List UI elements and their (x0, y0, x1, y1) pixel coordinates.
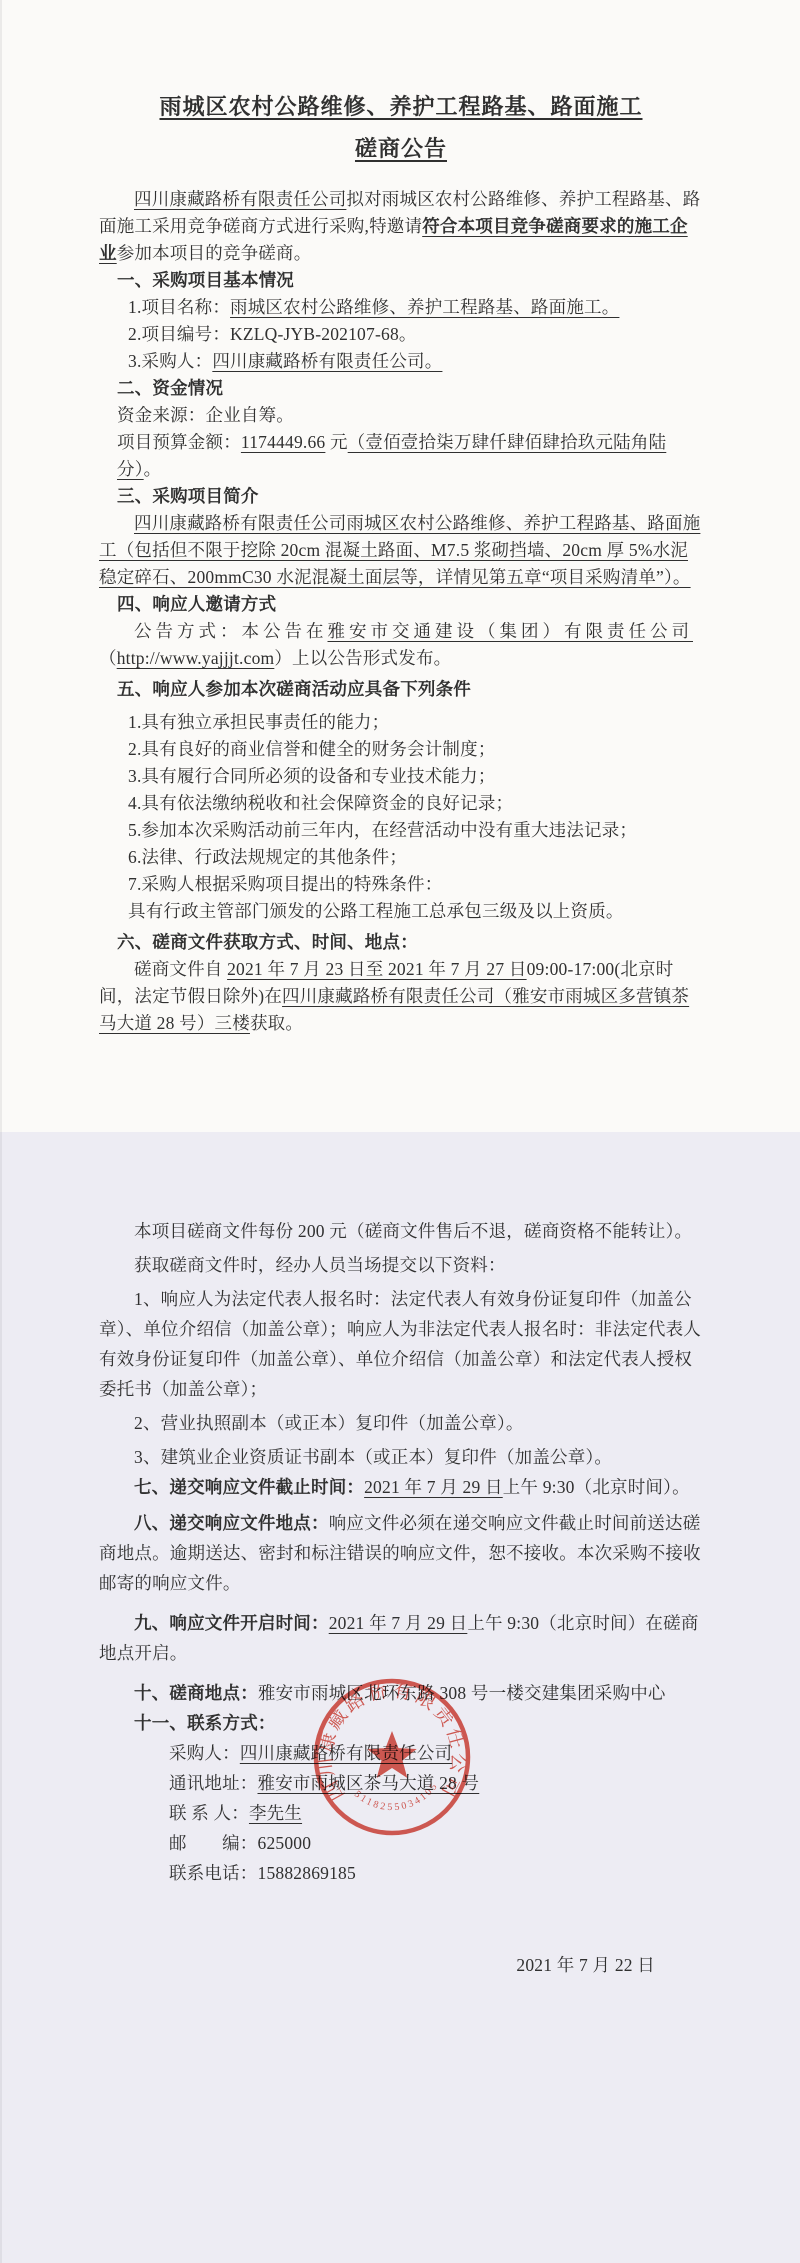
section-9-label: 九、响应文件开启时间： (134, 1613, 329, 1633)
announcement-url: http://www.yajjjt.com (117, 648, 275, 668)
section-9-paragraph: 九、响应文件开启时间：2021 年 7 月 29 日上午 9:30（北京时间）在… (99, 1608, 703, 1668)
section-7-line: 七、递交响应文件截止时间：2021 年 7 月 29 日上午 9:30（北京时间… (99, 1472, 703, 1502)
budget-unit: 元 (325, 432, 347, 452)
contact-address-row: 通讯地址：雅安市雨城区茶马大道 28 号 (169, 1768, 703, 1798)
contact-zip-label: 邮 编： (169, 1833, 258, 1853)
page-2: 本项目磋商文件每份 200 元（磋商文件售后不退，磋商资格不能转让）。 获取磋商… (0, 1132, 800, 2263)
document-obtain-paragraph: 磋商文件自 2021 年 7 月 23 日至 2021 年 7 月 27 日09… (99, 956, 703, 1037)
material-item-1: 1、响应人为法定代表人报名时：法定代表人有效身份证复印件（加盖公章）、单位介绍信… (99, 1284, 703, 1404)
section-10-line: 十、磋商地点：雅安市雨城区北环东路 308 号一楼交建集团采购中心 (99, 1678, 703, 1708)
document-date: 2021 年 7 月 22 日 (99, 1950, 703, 1980)
doc-title-text-2: 磋商公告 (355, 136, 447, 161)
material-item-2: 2、营业执照副本（或正本）复印件（加盖公章）。 (99, 1408, 703, 1438)
obtain-prefix: 磋商文件自 (134, 959, 227, 979)
section-10-label: 十、磋商地点： (134, 1683, 258, 1703)
condition-item-2: 2.具有良好的商业信誉和健全的财务会计制度； (128, 736, 703, 763)
budget-amount: 1174449.66 (241, 432, 325, 452)
condition-item-4: 4.具有依法缴纳税收和社会保障资金的良好记录； (128, 790, 703, 817)
negotiation-place-text: 雅安市雨城区北环东路 308 号一楼交建集团采购中心 (258, 1683, 666, 1703)
doc-title-text-1: 雨城区农村公路维修、养护工程路基、路面施工 (159, 94, 642, 119)
url-open-paren: （ (99, 648, 117, 668)
document-scan: 雨城区农村公路维修、养护工程路基、路面施工 磋商公告 四川康藏路桥有限责任公司拟… (0, 0, 800, 2263)
section-1-heading: 一、采购项目基本情况 (117, 267, 703, 294)
intro-paragraph: 四川康藏路桥有限责任公司拟对雨城区农村公路维修、养护工程路基、路面施工采用竞争磋… (99, 186, 703, 267)
intro-tail-text: 参加本项目的竞争磋商。 (117, 243, 312, 263)
contact-zip-row: 邮 编：625000 (169, 1828, 703, 1858)
project-summary-paragraph: 四川康藏路桥有限责任公司雨城区农村公路维修、养护工程路基、路面施工（包括但不限于… (99, 510, 703, 591)
section-11-heading: 十一、联系方式： (99, 1708, 703, 1738)
section-5-heading: 五、响应人参加本次磋商活动应具备下列条件 (117, 676, 703, 703)
project-name-item: 1.项目名称：雨城区农村公路维修、养护工程路基、路面施工。 (128, 294, 703, 321)
funding-source-line: 资金来源：企业自筹。 (117, 402, 703, 429)
contact-buyer-value: 四川康藏路桥有限责任公司 (240, 1743, 452, 1763)
section-4-heading: 四、响应人邀请方式 (117, 591, 703, 618)
condition-item-6: 6.法律、行政法规规定的其他条件； (128, 844, 703, 871)
announcement-method-prefix: 公告方式：本公告在 (134, 621, 328, 641)
section-8-label: 八、递交响应文件地点： (134, 1513, 329, 1533)
project-number-label: 2.项目编号： (128, 324, 230, 344)
budget-label: 项目预算金额： (117, 432, 241, 452)
project-number-item: 2.项目编号：KZLQ-JYB-202107-68。 (128, 321, 703, 348)
contact-person-value: 李先生 (249, 1803, 302, 1823)
contact-person-row: 联 系 人：李先生 (169, 1798, 703, 1828)
section-3-heading: 三、采购项目简介 (117, 483, 703, 510)
contact-phone-label: 联系电话： (169, 1863, 258, 1883)
document-price-paragraph: 本项目磋商文件每份 200 元（磋商文件售后不退，磋商资格不能转让）。 (99, 1216, 703, 1246)
contact-buyer-label: 采购人： (169, 1743, 240, 1763)
section-6-heading: 六、磋商文件获取方式、时间、地点： (117, 929, 703, 956)
condition-item-5: 5.参加本次采购活动前三年内，在经营活动中没有重大违法记录； (128, 817, 703, 844)
section-2-heading: 二、资金情况 (117, 375, 703, 402)
page-2-content: 本项目磋商文件每份 200 元（磋商文件售后不退，磋商资格不能转让）。 获取磋商… (2, 1216, 800, 1980)
announcement-method-line: 公告方式：本公告在雅安市交通建设（集团）有限责任公司 (99, 618, 703, 645)
contact-buyer-row: 采购人：四川康藏路桥有限责任公司 (169, 1738, 703, 1768)
page-1-content: 雨城区农村公路维修、养护工程路基、路面施工 磋商公告 四川康藏路桥有限责任公司拟… (2, 86, 800, 1037)
material-item-3: 3、建筑业企业资质证书副本（或正本）复印件（加盖公章）。 (99, 1442, 703, 1472)
obtain-materials-paragraph: 获取磋商文件时，经办人员当场提交以下资料： (99, 1250, 703, 1280)
contact-address-label: 通讯地址： (169, 1773, 258, 1793)
condition-item-7-detail: 具有行政主管部门颁发的公路工程施工总承包三级及以上资质。 (128, 898, 703, 925)
deadline-date: 2021 年 7 月 29 日 (364, 1477, 503, 1497)
doc-title-line-2: 磋商公告 (99, 128, 703, 170)
contact-address-value: 雅安市雨城区茶马大道 28 号 (258, 1773, 480, 1793)
deadline-time: 上午 9:30（北京时间）。 (503, 1477, 690, 1497)
section-7-label: 七、递交响应文件截止时间： (134, 1477, 364, 1497)
obtain-date-range: 2021 年 7 月 23 日至 2021 年 7 月 27 日 (227, 959, 527, 979)
purchaser-company-name: 四川康藏路桥有限责任公司 (134, 189, 346, 209)
announcement-url-rest: ）上以公告形式发布。 (274, 648, 451, 668)
page-1: 雨城区农村公路维修、养护工程路基、路面施工 磋商公告 四川康藏路桥有限责任公司拟… (0, 0, 800, 1132)
budget-period: 。 (144, 459, 162, 479)
project-name-label: 1.项目名称： (128, 297, 230, 317)
doc-title-line-1: 雨城区农村公路维修、养护工程路基、路面施工 (99, 86, 703, 128)
condition-item-1: 1.具有独立承担民事责任的能力； (128, 709, 703, 736)
contact-person-label: 联 系 人： (169, 1803, 249, 1823)
purchaser-label: 3.采购人： (128, 351, 212, 371)
purchaser-item: 3.采购人：四川康藏路桥有限责任公司。 (128, 348, 703, 375)
contact-block: 采购人：四川康藏路桥有限责任公司 通讯地址：雅安市雨城区茶马大道 28 号 联 … (169, 1738, 703, 1888)
announcement-url-line: （http://www.yajjjt.com）上以公告形式发布。 (99, 645, 703, 672)
project-name-value: 雨城区农村公路维修、养护工程路基、路面施工。 (230, 297, 619, 317)
section-8-paragraph: 八、递交响应文件地点：响应文件必须在递交响应文件截止时间前送达磋商地点。逾期送达… (99, 1508, 703, 1598)
project-number-value: KZLQ-JYB-202107-68。 (230, 324, 417, 344)
contact-phone-row: 联系电话：15882869185 (169, 1858, 703, 1888)
obtain-end-text: 获取。 (250, 1013, 303, 1033)
budget-line: 项目预算金额：1174449.66 元（壹佰壹拾柒万肆仟肆佰肆拾玖元陆角陆分）。 (117, 429, 703, 483)
opening-date: 2021 年 7 月 29 日 (329, 1613, 468, 1633)
contact-phone-value: 15882869185 (258, 1863, 356, 1883)
contact-zip-value: 625000 (258, 1833, 312, 1853)
announcement-platform-name: 雅安市交通建设（集团）有限责任公司 (328, 621, 694, 641)
section-11-label: 十一、联系方式： (134, 1713, 276, 1733)
condition-item-7: 7.采购人根据采购项目提出的特殊条件： (128, 871, 703, 898)
project-summary-text: 四川康藏路桥有限责任公司雨城区农村公路维修、养护工程路基、路面施工（包括但不限于… (99, 513, 700, 587)
purchaser-value: 四川康藏路桥有限责任公司。 (212, 351, 442, 371)
condition-item-3: 3.具有履行合同所必须的设备和专业技术能力； (128, 763, 703, 790)
